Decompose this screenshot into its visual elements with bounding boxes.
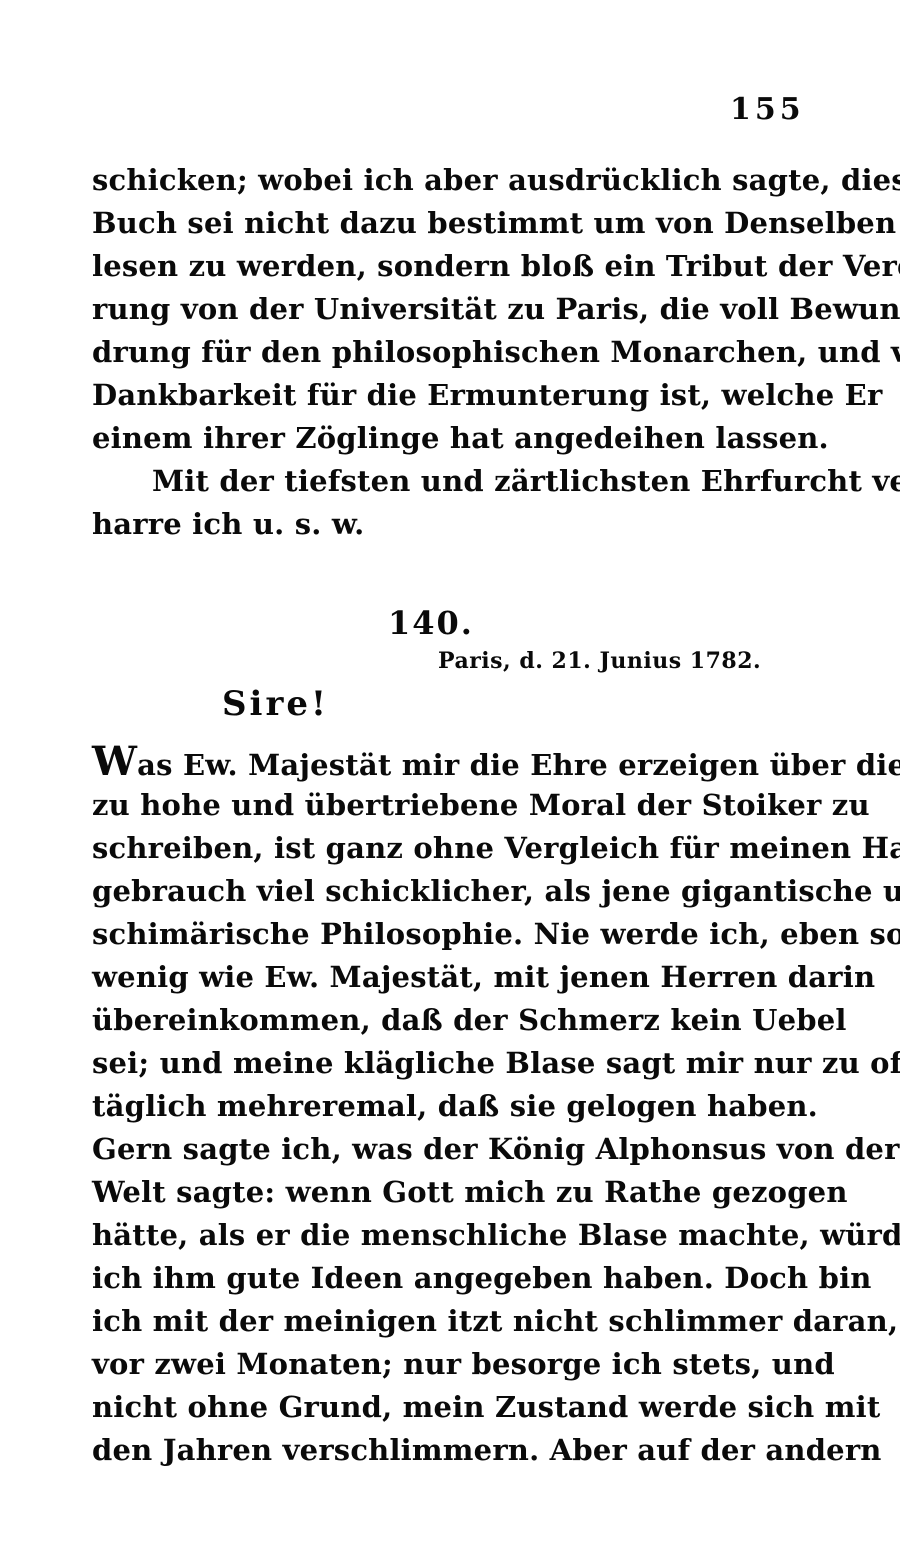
closing-line: Mit der tiefsten und zärtlichsten Ehrfur…: [152, 461, 792, 501]
text-line: schimärische Philosophie. Nie werde ich,…: [92, 914, 792, 954]
book-page: 155 schicken; wobei ich aber ausdrücklic…: [0, 0, 900, 1545]
text-line: ich ihm gute Ideen angegeben haben. Doch…: [92, 1258, 792, 1298]
letter-dateline: Paris, d. 21. Junius 1782.: [438, 648, 761, 674]
text-line: schicken; wobei ich aber ausdrücklich sa…: [92, 160, 792, 200]
text-line: Buch sei nicht dazu bestimmt um von Dens…: [92, 203, 792, 243]
text-line: täglich mehreremal, daß sie gelogen habe…: [92, 1086, 792, 1126]
text-line: Gern sagte ich, was der König Alphonsus …: [92, 1129, 792, 1169]
text-line: gebrauch viel schicklicher, als jene gig…: [92, 871, 792, 911]
text-line: den Jahren verschlimmern. Aber auf der a…: [92, 1430, 792, 1470]
text-line: Dankbarkeit für die Ermunterung ist, wel…: [92, 375, 792, 415]
closing-line: harre ich u. s. w.: [92, 504, 792, 544]
text-line: ich mit der meinigen itzt nicht schlimme…: [92, 1301, 792, 1341]
text-line-first: Was Ew. Majestät mir die Ehre erzeigen ü…: [92, 742, 792, 785]
letter-salutation: Sire!: [222, 684, 329, 724]
page-number: 155: [730, 92, 805, 127]
text-line: drung für den philosophischen Monarchen,…: [92, 332, 792, 372]
text-line: übereinkommen, daß der Schmerz kein Uebe…: [92, 1000, 792, 1040]
text-line: nicht ohne Grund, mein Zustand werde sic…: [92, 1387, 792, 1427]
text-line: zu hohe und übertriebene Moral der Stoik…: [92, 785, 792, 825]
text-line: einem ihrer Zöglinge hat angedeihen lass…: [92, 418, 792, 458]
text-line: schreiben, ist ganz ohne Vergleich für m…: [92, 828, 792, 868]
text-line: hätte, als er die menschliche Blase mach…: [92, 1215, 792, 1255]
text-line: vor zwei Monaten; nur besorge ich stets,…: [92, 1344, 792, 1384]
text-line-rest: as Ew. Majestät mir die Ehre erzeigen üb…: [137, 748, 900, 782]
text-line: sei; und meine klägliche Blase sagt mir …: [92, 1043, 792, 1083]
text-line: wenig wie Ew. Majestät, mit jenen Herren…: [92, 957, 792, 997]
letter-number: 140.: [388, 604, 474, 642]
text-line: Welt sagte: wenn Gott mich zu Rathe gezo…: [92, 1172, 792, 1212]
text-line: lesen zu werden, sondern bloß ein Tribut…: [92, 246, 792, 286]
drop-cap: W: [92, 738, 137, 785]
text-line: rung von der Universität zu Paris, die v…: [92, 289, 792, 329]
